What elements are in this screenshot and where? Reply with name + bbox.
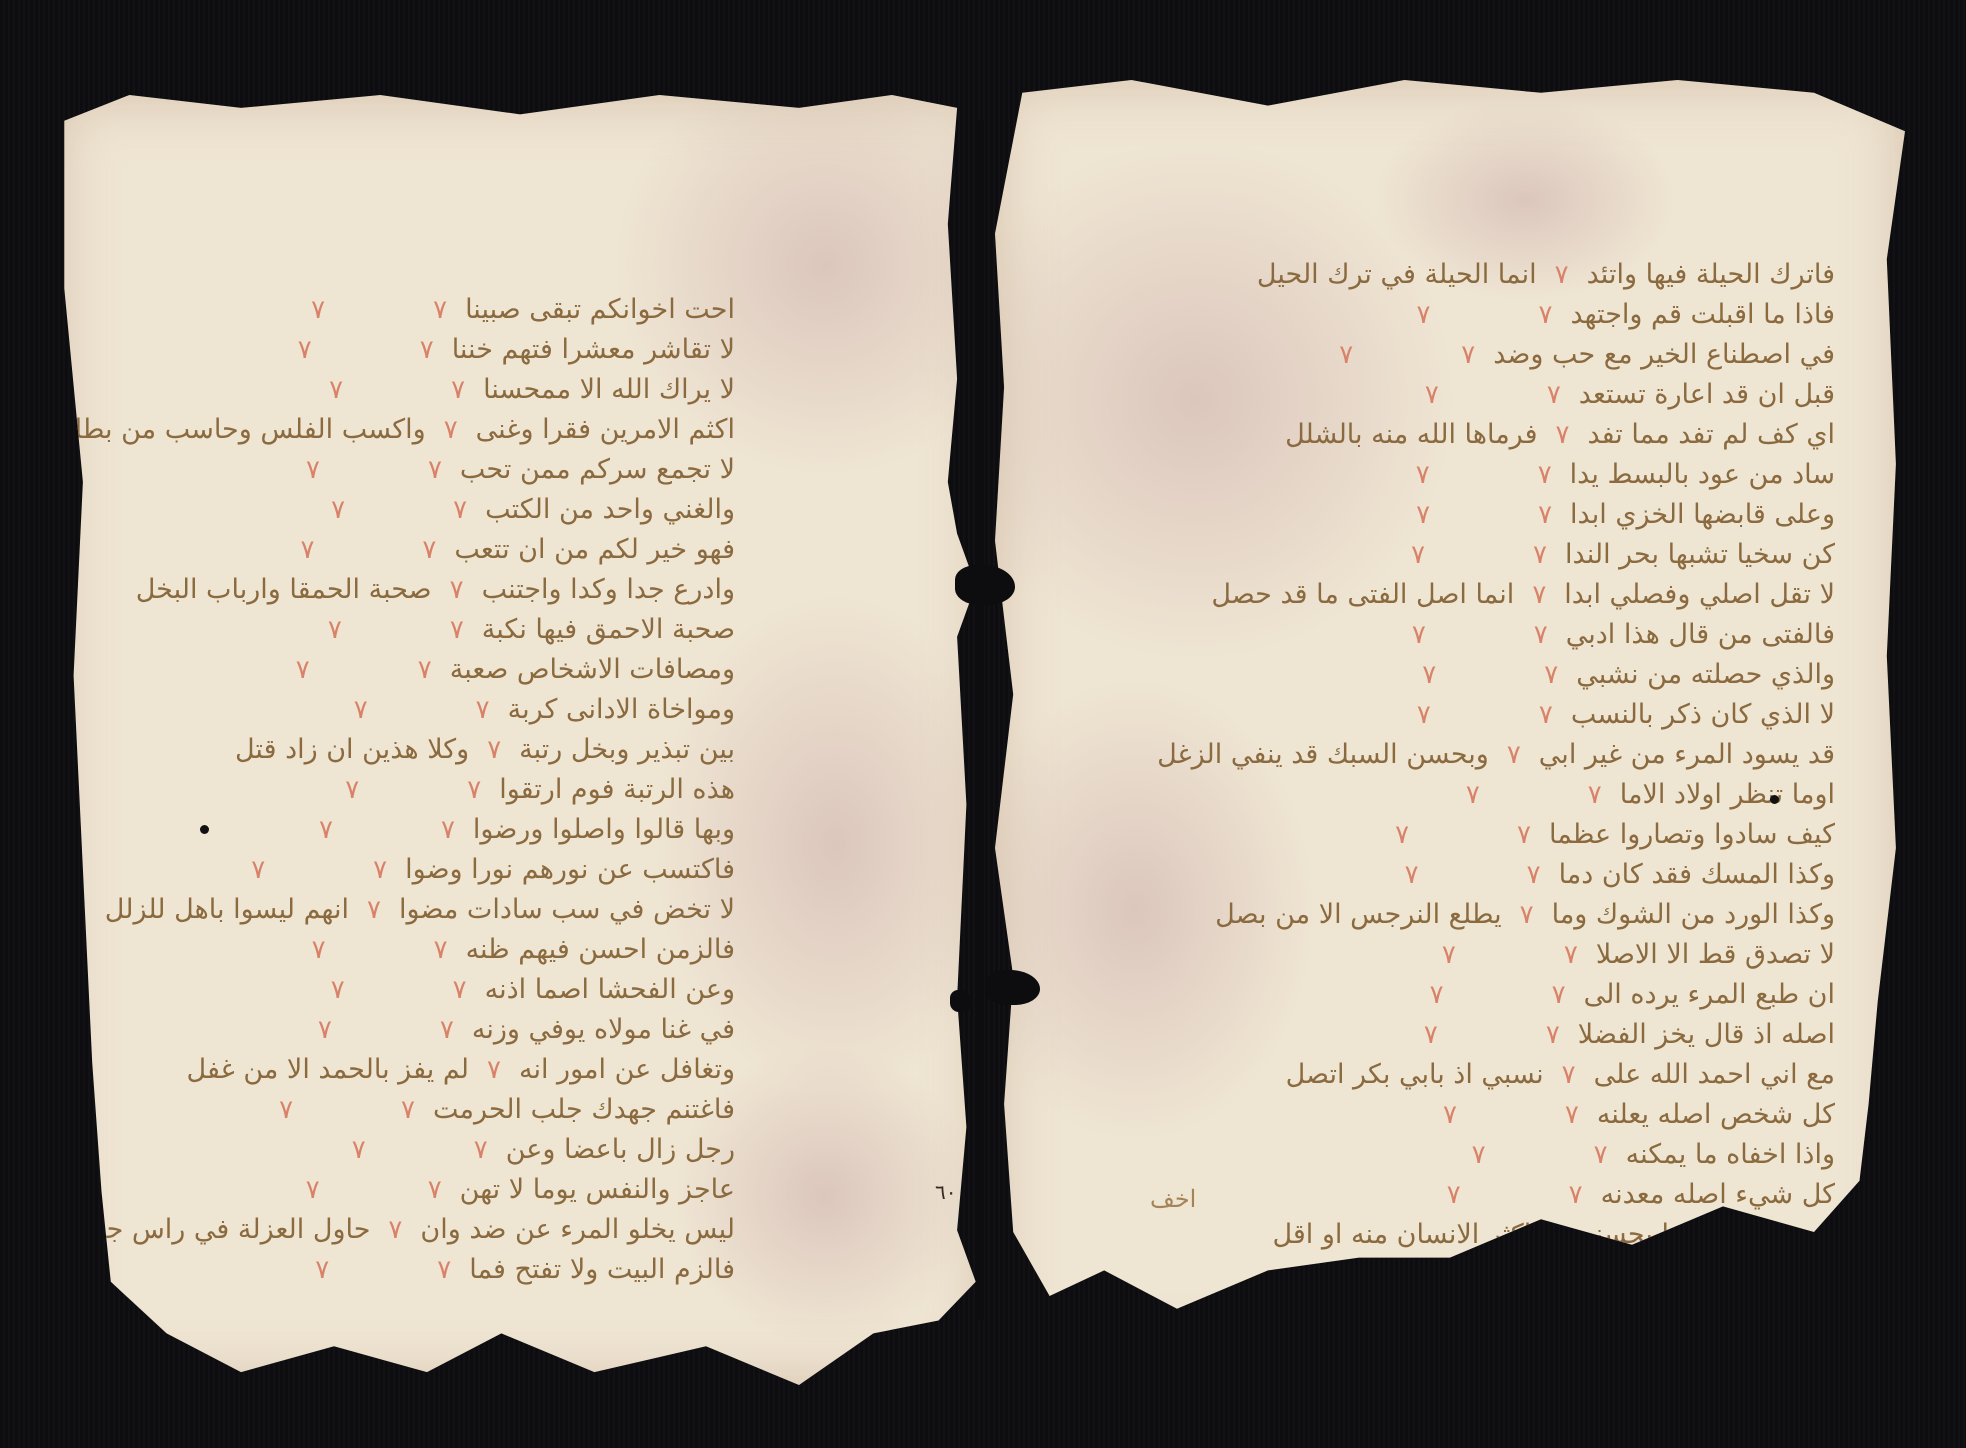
rubric-verse-marker-icon: ۷ (312, 935, 326, 965)
hemistich-first: عاجز والنفس يوما لا تهن (460, 1174, 735, 1205)
rubric-verse-marker-icon: ۷ (1564, 940, 1578, 970)
verse-line: احت اخوانكم تبقى صبينا۷۷ (75, 285, 735, 325)
hemistich-first: وبها قالوا واصلوا ورضوا (473, 814, 735, 845)
rubric-verse-marker-icon: ۷ (1405, 860, 1419, 890)
rubric-verse-marker-icon: ۷ (1425, 380, 1439, 410)
hemistich-first: فهو خير لكم من ان تتعب (454, 534, 735, 565)
hemistich-first: مع اني احمد الله على (1594, 1059, 1835, 1090)
verse-line: اصله اذ قال يخز الفضلا۷۷ (1035, 1010, 1835, 1050)
rubric-verse-marker-icon: ۷ (1424, 1020, 1438, 1050)
rubric-verse-marker-icon: ۷ (1539, 700, 1553, 730)
hemistich-second: صحبة الحمقا وارباب البخل (136, 574, 432, 605)
verse-line: ساد من عود بالبسط يدا۷۷ (1035, 450, 1835, 490)
rubric-verse-marker-icon: ۷ (1555, 420, 1569, 450)
hemistich-first: لا تجمع سركم ممن تحب (460, 454, 735, 485)
rubric-verse-marker-icon: ۷ (453, 495, 467, 525)
hemistich-first: والغني واحد من الكتب (485, 494, 735, 525)
hemistich-second: وكلا هذين ان زاد قتل (235, 734, 469, 765)
verse-line: ليس يخلو المرء عن ضد وان۷حاول العزلة في … (75, 1205, 735, 1245)
rubric-verse-marker-icon: ۷ (1527, 860, 1541, 890)
verse-line: وادرع جدا وكدا واجتنب۷صحبة الحمقا وارباب… (75, 565, 735, 605)
verse-line: مع اني احمد الله على۷نسبي اذ بابي بكر ات… (1035, 1050, 1835, 1090)
right-page-verse-lines: فاترك الحيلة فيها واتئد۷انما الحيلة في ت… (1035, 250, 1835, 1250)
hemistich-first: وادرع جدا وكدا واجتنب (482, 574, 735, 605)
hemistich-first: كيف سادوا وتصاروا عظما (1549, 819, 1835, 850)
gutter-fold (978, 120, 984, 1320)
rubric-verse-marker-icon: ۷ (487, 1055, 501, 1085)
rubric-verse-marker-icon: ۷ (434, 935, 448, 965)
paper-loss-hole (955, 565, 1015, 605)
verse-line: واذا اخفاه ما يمكنه۷۷ (1035, 1130, 1835, 1170)
left-manuscript-page: احت اخوانكم تبقى صبينا۷۷لا تقاشر معشرا ف… (55, 95, 985, 1385)
verse-line: اي كف لم تفد مما تفد۷فرماها الله منه بال… (1035, 410, 1835, 450)
rubric-verse-marker-icon: ۷ (450, 615, 464, 645)
hemistich-first: هذه الرتبة فوم ارتقوا (499, 774, 735, 805)
rubric-verse-marker-icon: ۷ (476, 695, 490, 725)
rubric-verse-marker-icon: ۷ (373, 855, 387, 885)
rubric-verse-marker-icon: ۷ (1339, 340, 1353, 370)
rubric-verse-marker-icon: ۷ (1461, 340, 1475, 370)
hemistich-second: يطلع النرجس الا من بصل (1215, 899, 1501, 930)
verse-line: هذه الرتبة فوم ارتقوا۷۷ (75, 765, 735, 805)
hemistich-first: فالزمن احسن فيهم ظنه (466, 934, 735, 965)
hemistich-second: انما اصل الفتى ما قد حصل (1211, 579, 1514, 610)
verse-line: فالفتى من قال هذا ادبي۷۷ (1035, 610, 1835, 650)
rubric-verse-marker-icon: ۷ (401, 1095, 415, 1125)
rubric-verse-marker-icon: ۷ (319, 815, 333, 845)
rubric-verse-marker-icon: ۷ (251, 855, 265, 885)
verse-line: اوما تنظر اولاد الاما۷۷ (1035, 770, 1835, 810)
verse-line: في غنا مولاه يوفي وزنه۷۷ (75, 1005, 735, 1045)
rubric-verse-marker-icon: ۷ (1412, 620, 1426, 650)
rubric-verse-marker-icon: ۷ (311, 295, 325, 325)
verse-line: عاجز والنفس يوما لا تهن۷۷ (75, 1165, 735, 1205)
rubric-verse-marker-icon: ۷ (1411, 540, 1425, 570)
hemistich-first: ساد من عود بالبسط يدا (1570, 459, 1835, 490)
hemistich-first: صحبة الاحمق فيها نكبة (482, 614, 735, 645)
rubric-verse-marker-icon: ۷ (1547, 380, 1561, 410)
margin-numeral: ٦٠ (935, 1180, 956, 1204)
hemistich-first: وكذا المسك فقد كان دما (1559, 859, 1835, 890)
verse-line: لا يراك الله الا ممحسنا۷۷ (75, 365, 735, 405)
hemistich-first: ومصافات الاشخاص صعبة (450, 654, 735, 685)
rubric-verse-marker-icon: ۷ (1507, 740, 1521, 770)
hemistich-first: اكثم الامرين فقرا وغنى (476, 414, 735, 445)
verse-line: لا تقاشر معشرا فتهم خننا۷۷ (75, 325, 735, 365)
verse-line: والذي حصلته من نشبي۷۷ (1035, 650, 1835, 690)
rubric-verse-marker-icon: ۷ (420, 335, 434, 365)
rubric-verse-marker-icon: ۷ (1544, 660, 1558, 690)
rubric-verse-marker-icon: ۷ (1594, 1140, 1608, 1170)
rubric-verse-marker-icon: ۷ (1534, 620, 1548, 650)
rubric-verse-marker-icon: ۷ (1472, 1140, 1486, 1170)
rubric-verse-marker-icon: ۷ (1533, 540, 1547, 570)
rubric-verse-marker-icon: ۷ (331, 495, 345, 525)
verse-line: ان طبع المرء يرده الى۷۷ (1035, 970, 1835, 1010)
verse-line: ومواخاة الادانى كربة۷۷ (75, 685, 735, 725)
rubric-verse-marker-icon: ۷ (1569, 1180, 1583, 1210)
hemistich-second: انما الحيلة في ترك الحيل (1257, 259, 1537, 290)
verse-line: والغني واحد من الكتب۷۷ (75, 485, 735, 525)
verse-line: فاغتنم جهدك جلب الحرمت۷۷ (75, 1085, 735, 1125)
rubric-verse-marker-icon: ۷ (1443, 1100, 1457, 1130)
rubric-verse-marker-icon: ۷ (1538, 460, 1552, 490)
hemistich-second: حاول العزلة في راس جبل (78, 1214, 370, 1245)
verse-line: كيف سادوا وتصاروا عظما۷۷ (1035, 810, 1835, 850)
verse-line: وبها قالوا واصلوا ورضوا۷۷ (75, 805, 735, 845)
verse-line: لا تصدق قط الا الاصلا۷۷ (1035, 930, 1835, 970)
verse-line: كن سخيا تشبها بحر الندا۷۷ (1035, 530, 1835, 570)
rubric-verse-marker-icon: ۷ (1395, 820, 1409, 850)
verse-line: لا الذي كان ذكر بالنسب۷۷ (1035, 690, 1835, 730)
rubric-verse-marker-icon: ۷ (1552, 980, 1566, 1010)
rubric-verse-marker-icon: ۷ (1417, 300, 1431, 330)
catchword: اخف (1150, 1185, 1196, 1213)
rubric-verse-marker-icon: ۷ (279, 1095, 293, 1125)
hemistich-first: فاترك الحيلة فيها واتئد (1587, 259, 1835, 290)
paper-loss-hole (985, 970, 1040, 1005)
rubric-verse-marker-icon: ۷ (1466, 780, 1480, 810)
verse-line: ومصافات الاشخاص صعبة۷۷ (75, 645, 735, 685)
verse-line: وتغافل عن امور انه۷لم يفز بالحمد الا من … (75, 1045, 735, 1085)
rubric-verse-marker-icon: ۷ (306, 455, 320, 485)
hemistich-first: قبل ان قد اعارة تستعد (1579, 379, 1835, 410)
rubric-verse-marker-icon: ۷ (1517, 820, 1531, 850)
verse-line: فاترك الحيلة فيها واتئد۷انما الحيلة في ت… (1035, 250, 1835, 290)
rubric-verse-marker-icon: ۷ (354, 695, 368, 725)
rubric-verse-marker-icon: ۷ (1520, 900, 1534, 930)
hemistich-first: اي كف لم تفد مما تفد (1587, 419, 1835, 450)
verse-line: في اصطناع الخير مع حب وضد۷۷ (1035, 330, 1835, 370)
verse-line: قد يسود المرء من غير ابي۷وبحسن السبك قد … (1035, 730, 1835, 770)
verse-line: رجل زال باعضا وعن۷۷ (75, 1125, 735, 1165)
hemistich-first: فاذا ما اقبلت قم واجتهد (1570, 299, 1835, 330)
verse-line: كل شخص اصله يعلنه۷۷ (1035, 1090, 1835, 1130)
hemistich-first: لا الذي كان ذكر بالنسب (1571, 699, 1835, 730)
hemistich-second: وبحسن السبك قد ينفي الزغل (1157, 739, 1489, 770)
hemistich-first: فالفتى من قال هذا ادبي (1566, 619, 1835, 650)
rubric-verse-marker-icon: ۷ (388, 1215, 402, 1245)
hemistich-first: فاغتنم جهدك جلب الحرمت (433, 1094, 735, 1125)
rubric-verse-marker-icon: ۷ (433, 295, 447, 325)
hemistich-first: اوما تنظر اولاد الاما (1620, 779, 1835, 810)
rubric-verse-marker-icon: ۷ (1555, 260, 1569, 290)
verse-line: فالزمن احسن فيهم ظنه۷۷ (75, 925, 735, 965)
verse-line: وكذا المسك فقد كان دما۷۷ (1035, 850, 1835, 890)
rubric-verse-marker-icon: ۷ (1442, 940, 1456, 970)
rubric-verse-marker-icon: ۷ (1417, 700, 1431, 730)
hemistich-first: في اصطناع الخير مع حب وضد (1493, 339, 1835, 370)
hemistich-first: وتغافل عن امور انه (519, 1054, 735, 1085)
hemistich-first: ان طبع المرء يرده الى (1584, 979, 1835, 1010)
hemistich-first: احت اخوانكم تبقى صبينا (465, 294, 735, 325)
rubric-verse-marker-icon: ۷ (1532, 580, 1546, 610)
hemistich-first: في غنا مولاه يوفي وزنه (472, 1014, 735, 1045)
rubric-verse-marker-icon: ۷ (450, 575, 464, 605)
rubric-verse-marker-icon: ۷ (1538, 500, 1552, 530)
rubric-verse-marker-icon: ۷ (487, 735, 501, 765)
rubric-verse-marker-icon: ۷ (315, 1255, 329, 1285)
rubric-verse-marker-icon: ۷ (1562, 1060, 1576, 1090)
rubric-verse-marker-icon: ۷ (1416, 500, 1430, 530)
verse-line: لا تخض في سب سادات مضوا۷انهم ليسوا باهل … (75, 885, 735, 925)
hemistich-second: فرماها الله منه بالشلل (1285, 419, 1537, 450)
hemistich-first: كن سخيا تشبها بحر الندا (1565, 539, 1835, 570)
hemistich-first: فاكتسب عن نورهم نورا وضوا (405, 854, 735, 885)
hemistich-first: وكذا الورد من الشوك وما (1552, 899, 1835, 930)
hemistich-first: والذي حصلته من نشبي (1576, 659, 1835, 690)
verse-line: فاكتسب عن نورهم نورا وضوا۷۷ (75, 845, 735, 885)
verse-line: اكثم الامرين فقرا وغنى۷واكسب الفلس وحاسب… (75, 405, 735, 445)
rubric-verse-marker-icon: ۷ (318, 1015, 332, 1045)
rubric-verse-marker-icon: ۷ (1416, 460, 1430, 490)
rubric-verse-marker-icon: ۷ (1538, 300, 1552, 330)
hemistich-first: ومواخاة الادانى كربة (508, 694, 735, 725)
rubric-verse-marker-icon: ۷ (1546, 1020, 1560, 1050)
hemistich-first: لا يراك الله الا ممحسنا (483, 374, 735, 405)
hemistich-first: اصله اذ قال يخز الفضلا (1578, 1019, 1835, 1050)
rubric-verse-marker-icon: ۷ (440, 1015, 454, 1045)
hemistich-first: وعن الفحشا اصما اذنه (485, 974, 735, 1005)
rubric-verse-marker-icon: ۷ (352, 1135, 366, 1165)
ink-dot (1770, 795, 1779, 804)
rubric-verse-marker-icon: ۷ (437, 1255, 451, 1285)
rubric-verse-marker-icon: ۷ (328, 615, 342, 645)
verse-line: لا تقل اصلي وفصلي ابدا۷انما اصل الفتى ما… (1035, 570, 1835, 610)
right-manuscript-page: فاترك الحيلة فيها واتئد۷انما الحيلة في ت… (995, 80, 1905, 1360)
rubric-verse-marker-icon: ۷ (428, 455, 442, 485)
verse-line: قبل ان قد اعارة تستعد۷۷ (1035, 370, 1835, 410)
rubric-verse-marker-icon: ۷ (1447, 1180, 1461, 1210)
rubric-verse-marker-icon: ۷ (444, 415, 458, 445)
hemistich-first: فالزم البيت ولا تفتح فما (469, 1254, 735, 1285)
hemistich-first: قد يسود المرء من غير ابي (1539, 739, 1835, 770)
hemistich-first: كل شخص اصله يعلنه (1597, 1099, 1835, 1130)
verse-line: فاذا ما اقبلت قم واجتهد۷۷ (1035, 290, 1835, 330)
hemistich-second: واكسب الفلس وحاسب من بطل (62, 414, 425, 445)
rubric-verse-marker-icon: ۷ (1422, 660, 1436, 690)
rubric-verse-marker-icon: ۷ (367, 895, 381, 925)
verse-line: صحبة الاحمق فيها نكبة۷۷ (75, 605, 735, 645)
hemistich-first: لا تقل اصلي وفصلي ابدا (1564, 579, 1835, 610)
rubric-verse-marker-icon: ۷ (296, 655, 310, 685)
hemistich-first: لا تخض في سب سادات مضوا (399, 894, 735, 925)
verse-line: فهو خير لكم من ان تتعب۷۷ (75, 525, 735, 565)
rubric-verse-marker-icon: ۷ (329, 375, 343, 405)
rubric-verse-marker-icon: ۷ (331, 975, 345, 1005)
rubric-verse-marker-icon: ۷ (428, 1175, 442, 1205)
rubric-verse-marker-icon: ۷ (467, 775, 481, 805)
rubric-verse-marker-icon: ۷ (345, 775, 359, 805)
hemistich-first: كل شيء اصله معدنه (1601, 1179, 1835, 1210)
paper-loss-hole (950, 990, 972, 1012)
hemistich-first: لا تقاشر معشرا فتهم خننا (452, 334, 735, 365)
verse-line: لا تجمع سركم ممن تحب۷۷ (75, 445, 735, 485)
hemistich-first: لا تصدق قط الا الاصلا (1596, 939, 1835, 970)
rubric-verse-marker-icon: ۷ (1588, 780, 1602, 810)
rubric-verse-marker-icon: ۷ (451, 375, 465, 405)
hemistich-first: ليس يخلو المرء عن ضد وان (420, 1214, 735, 1245)
hemistich-first: بين تبذير وبخل رتبة (519, 734, 735, 765)
rubric-verse-marker-icon: ۷ (453, 975, 467, 1005)
verse-line: فالزم البيت ولا تفتح فما۷۷ (75, 1245, 735, 1285)
hemistich-first: رجل زال باعضا وعن (506, 1134, 735, 1165)
hemistich-second: لم يفز بالحمد الا من غفل (187, 1054, 470, 1085)
hemistich-second: انهم ليسوا باهل للزلل (105, 894, 349, 925)
verse-line: وكذا الورد من الشوك وما۷يطلع النرجس الا … (1035, 890, 1835, 930)
verse-line: بين تبذير وبخل رتبة۷وكلا هذين ان زاد قتل (75, 725, 735, 765)
rubric-verse-marker-icon: ۷ (422, 535, 436, 565)
hemistich-first: وعلى قابضها الخزي ابدا (1570, 499, 1835, 530)
hemistich-second: نسبي اذ بابي بكر اتصل (1286, 1059, 1544, 1090)
rubric-verse-marker-icon: ۷ (1565, 1100, 1579, 1130)
rubric-verse-marker-icon: ۷ (298, 335, 312, 365)
left-page-verse-lines: احت اخوانكم تبقى صبينا۷۷لا تقاشر معشرا ف… (75, 285, 735, 1285)
hemistich-first: واذا اخفاه ما يمكنه (1626, 1139, 1835, 1170)
rubric-verse-marker-icon: ۷ (418, 655, 432, 685)
verse-line: وعلى قابضها الخزي ابدا۷۷ (1035, 490, 1835, 530)
ink-dot (200, 825, 209, 834)
rubric-verse-marker-icon: ۷ (306, 1175, 320, 1205)
rubric-verse-marker-icon: ۷ (1430, 980, 1444, 1010)
verse-line: وعن الفحشا اصما اذنه۷۷ (75, 965, 735, 1005)
rubric-verse-marker-icon: ۷ (474, 1135, 488, 1165)
rubric-verse-marker-icon: ۷ (441, 815, 455, 845)
rubric-verse-marker-icon: ۷ (300, 535, 314, 565)
